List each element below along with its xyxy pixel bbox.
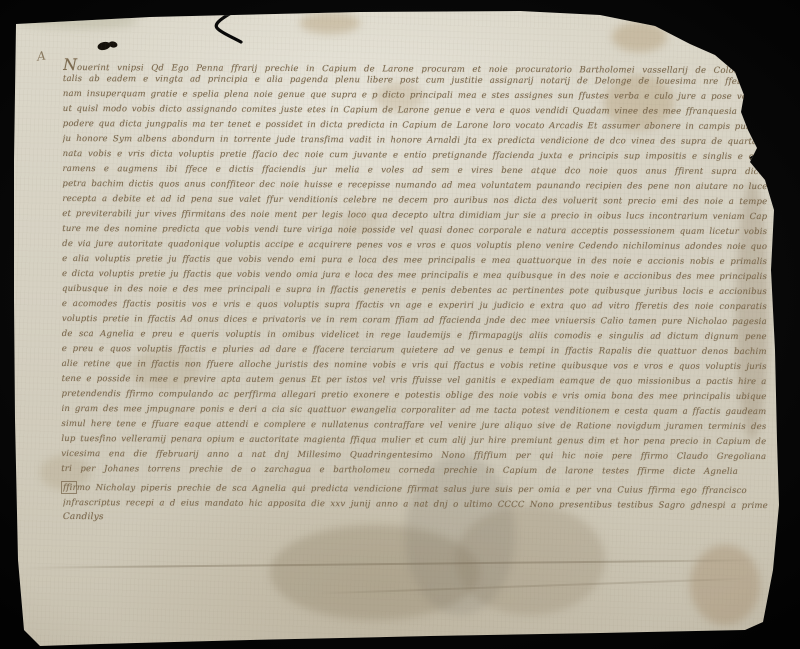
horizontal-crease — [24, 559, 764, 569]
ink-blot — [97, 41, 118, 52]
diagonal-crease — [314, 577, 754, 594]
edge-discoloration-top-left — [18, 13, 138, 29]
tear-mark — [216, 13, 241, 42]
subscription-line: jnfrascriptus recepi a d eius mandato hi… — [63, 495, 768, 513]
parchment-sheet: A Nouerint vnipsi Qd Ego Penna ffrarij p… — [14, 11, 780, 647]
notarial-subscription-block: ffirmo Nicholay piperis prechie de sca A… — [63, 481, 768, 528]
marginal-paraph-mark: A — [36, 48, 47, 63]
stain-top-center — [300, 12, 360, 34]
stain-bottom-right-edge — [690, 545, 760, 625]
stain-bottom-left-large — [270, 525, 480, 620]
subscription-line: Candilys — [63, 510, 768, 528]
notarial-sign-box — [61, 481, 77, 494]
manuscript-text-block: Nouerint vnipsi Qd Ego Penna ffrarij pre… — [61, 57, 768, 480]
photo-background: A Nouerint vnipsi Qd Ego Penna ffrarij p… — [0, 0, 800, 649]
smudge-bottom-center — [405, 455, 515, 615]
stain-top-right — [612, 22, 667, 52]
manuscript-line: tri per Johanes torrens prechie de o zar… — [61, 462, 738, 480]
